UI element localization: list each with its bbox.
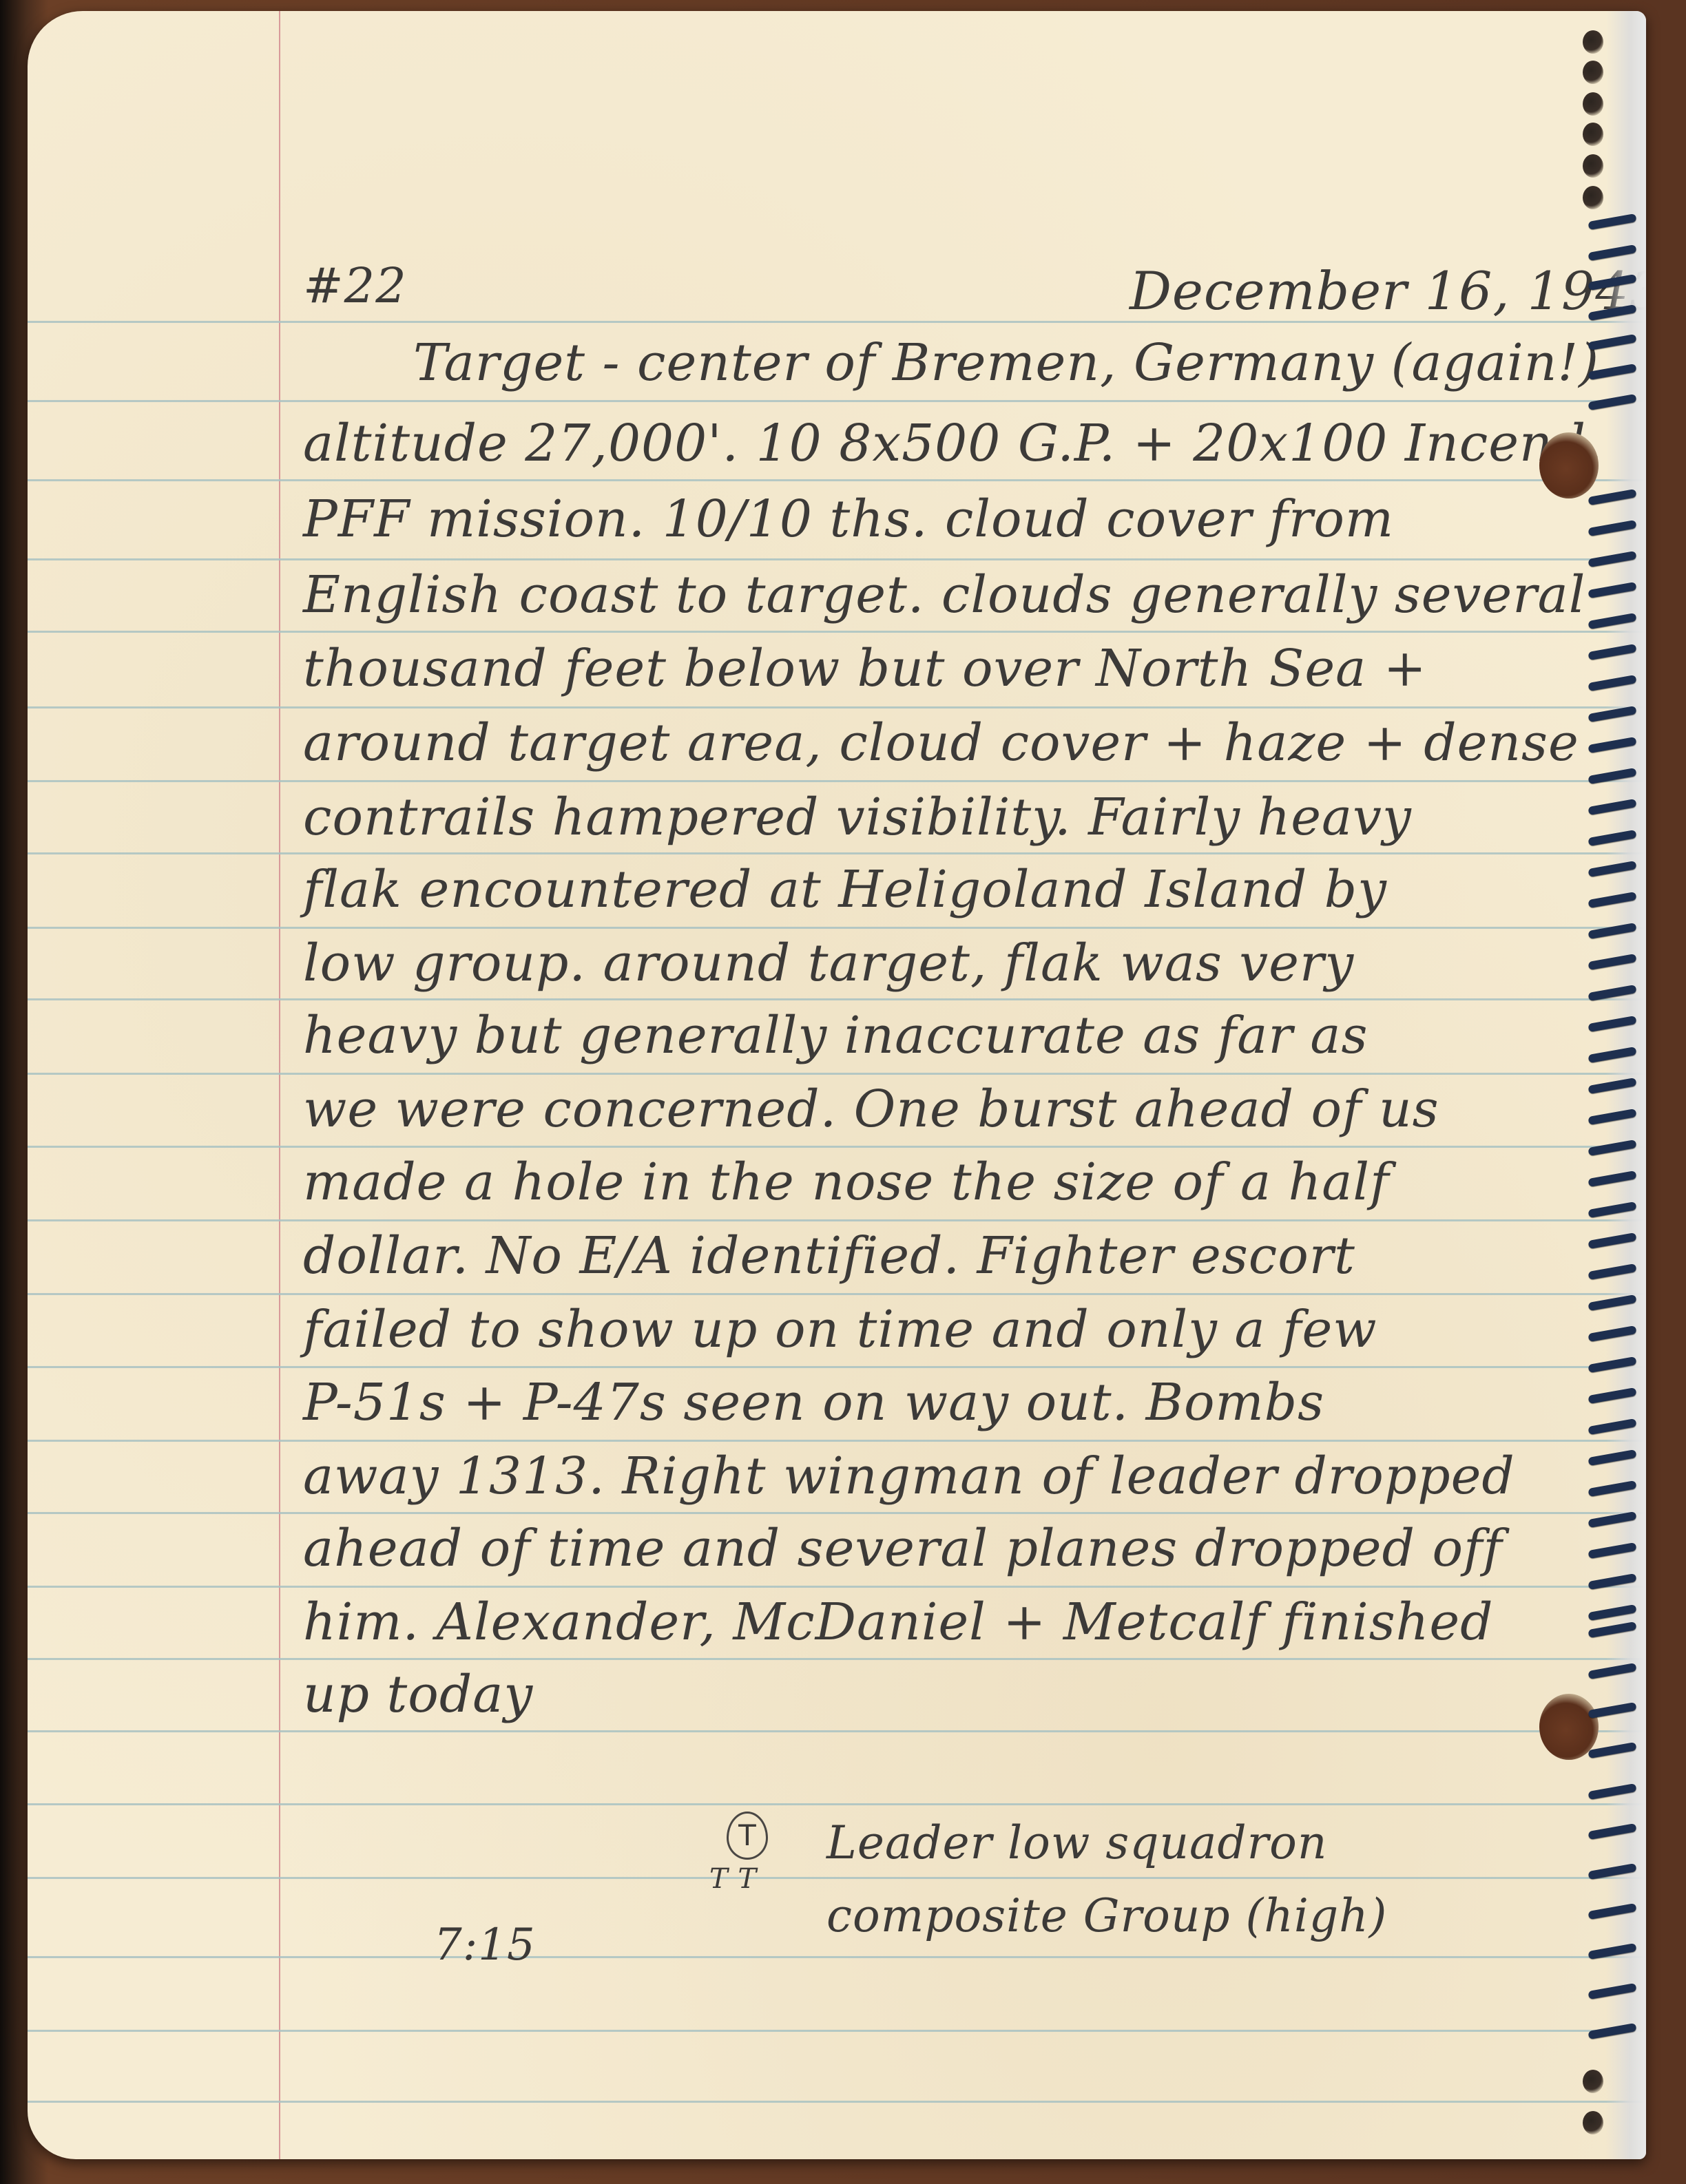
ruled-line	[28, 706, 1646, 708]
binding-ring	[1588, 1863, 1636, 1880]
binding-hole	[1583, 30, 1603, 54]
body-line: we were concerned. One burst ahead of us	[303, 1080, 1439, 1139]
binding-ring	[1588, 1943, 1636, 1960]
binding-ring	[1588, 489, 1636, 505]
binding-ring	[1588, 520, 1636, 536]
binding-ring	[1588, 675, 1636, 691]
binding-ring	[1588, 954, 1636, 970]
binding-ring	[1588, 1294, 1636, 1311]
binding-hole	[1583, 92, 1603, 116]
binding-ring	[1588, 1903, 1636, 1920]
position-line-1: Leader low squadron	[826, 1816, 1327, 1869]
ruled-line	[28, 2030, 1646, 2032]
binding-ring	[1588, 861, 1636, 877]
body-line: up today	[303, 1665, 533, 1724]
ruled-line	[28, 1512, 1646, 1514]
binding-ring	[1588, 1078, 1636, 1094]
binding-ring	[1588, 1480, 1636, 1497]
body-line: made a hole in the nose the size of a ha…	[303, 1153, 1389, 1212]
binding-ring	[1588, 244, 1636, 261]
margin-line	[279, 11, 280, 2159]
ruled-line	[28, 400, 1646, 402]
body-line: around target area, cloud cover + haze +…	[303, 713, 1579, 773]
position-symbol-icon: T	[727, 1812, 768, 1860]
ruled-line	[28, 479, 1646, 481]
binding-ring	[1588, 582, 1636, 598]
body-line: thousand feet below but over North Sea +	[303, 639, 1427, 698]
binding-ring	[1588, 1511, 1636, 1528]
binding-ring	[1588, 1542, 1636, 1559]
binding-ring	[1588, 551, 1636, 567]
binding-ring	[1588, 1604, 1636, 1621]
binding-ring	[1588, 1109, 1636, 1125]
ruled-line	[28, 1293, 1646, 1295]
binding-ring	[1588, 1016, 1636, 1032]
ruled-line	[28, 631, 1646, 633]
binding-ring	[1588, 1742, 1636, 1758]
binding-ring	[1588, 1449, 1636, 1466]
body-line: altitude 27,000'. 10 8x500 G.P. + 20x100…	[303, 414, 1603, 473]
binding-ring	[1588, 799, 1636, 815]
ruled-line	[28, 2101, 1646, 2103]
position-line-2: composite Group (high)	[826, 1889, 1387, 1942]
body-line: flak encountered at Heligoland Island by	[303, 860, 1387, 919]
binding-hole	[1583, 61, 1603, 84]
ruled-line	[28, 1956, 1646, 1958]
binding-ring	[1588, 737, 1636, 753]
position-symbol-subscript: T T	[709, 1863, 757, 1895]
body-line: failed to show up on time and only a few	[303, 1300, 1377, 1359]
binding-ring	[1588, 1170, 1636, 1187]
body-line: contrails hampered visibility. Fairly he…	[303, 788, 1412, 847]
binding-hole	[1583, 2070, 1603, 2093]
ruled-line	[28, 1586, 1646, 1588]
binding-ring	[1588, 1983, 1636, 1999]
body-line: him. Alexander, McDaniel + Metcalf finis…	[303, 1593, 1494, 1652]
ruled-line	[28, 1803, 1646, 1805]
binding-ring	[1588, 304, 1636, 321]
ruled-line	[28, 1219, 1646, 1221]
binding-ring	[1588, 1702, 1636, 1719]
binding-ring	[1588, 1418, 1636, 1435]
ruled-line	[28, 1146, 1646, 1148]
ruled-line	[28, 998, 1646, 1000]
binding-ring	[1588, 768, 1636, 784]
spiral-binding	[1550, 11, 1632, 2159]
binding-ring	[1588, 1325, 1636, 1342]
body-line: PFF mission. 10/10 ths. cloud cover from	[303, 490, 1394, 549]
binding-hole	[1583, 154, 1603, 178]
binding-ring	[1588, 644, 1636, 660]
binding-ring	[1588, 1783, 1636, 1800]
body-line: low group. around target, flak was very	[303, 934, 1354, 993]
binding-ring	[1588, 1263, 1636, 1280]
binding-ring	[1588, 1387, 1636, 1404]
binding-ring	[1588, 1356, 1636, 1373]
binding-ring	[1588, 334, 1636, 350]
binding-ring	[1588, 985, 1636, 1001]
body-line: heavy but generally inaccurate as far as	[303, 1006, 1368, 1065]
body-line: dollar. No E/A identified. Fighter escor…	[303, 1226, 1355, 1285]
binding-ring	[1588, 706, 1636, 722]
body-line: P-51s + P-47s seen on way out. Bombs	[303, 1373, 1324, 1432]
ruled-line	[28, 780, 1646, 782]
binding-hole	[1583, 186, 1603, 209]
binding-ring	[1588, 1823, 1636, 1840]
ruled-line	[28, 1366, 1646, 1368]
ruled-line	[28, 852, 1646, 854]
binding-ring	[1588, 2023, 1636, 2039]
binding-ring	[1588, 1047, 1636, 1063]
ruled-line	[28, 927, 1646, 929]
binding-ring	[1588, 1621, 1636, 1638]
body-line: ahead of time and several planes dropped…	[303, 1519, 1503, 1578]
ruled-line	[28, 558, 1646, 560]
binding-ring	[1588, 394, 1636, 410]
ruled-line	[28, 1658, 1646, 1660]
flight-time: 7:15	[434, 1920, 536, 1971]
binding-ring	[1588, 1201, 1636, 1218]
ruled-line	[28, 1073, 1646, 1075]
binding-ring	[1588, 1663, 1636, 1679]
binding-ring	[1588, 892, 1636, 908]
notebook-page: #22 December 16, 1943 Target - center of…	[28, 11, 1646, 2159]
binding-ring	[1588, 1140, 1636, 1156]
ruled-line	[28, 1440, 1646, 1442]
ruled-line	[28, 1730, 1646, 1732]
binding-ring	[1588, 274, 1636, 291]
binding-ring	[1588, 213, 1636, 230]
body-line: away 1313. Right wingman of leader dropp…	[303, 1447, 1515, 1506]
body-line: English coast to target. clouds generall…	[303, 565, 1585, 624]
body-line: Target - center of Bremen, Germany (agai…	[413, 333, 1599, 392]
entry-number: #22	[303, 258, 407, 314]
binding-ring	[1588, 923, 1636, 939]
binding-ring	[1588, 364, 1636, 380]
binding-hole	[1583, 123, 1603, 146]
binding-ring	[1588, 830, 1636, 846]
binding-ring	[1588, 1232, 1636, 1249]
binding-ring	[1588, 613, 1636, 629]
binding-ring	[1588, 1573, 1636, 1590]
ruled-line	[28, 1877, 1646, 1879]
binding-hole	[1583, 2111, 1603, 2134]
